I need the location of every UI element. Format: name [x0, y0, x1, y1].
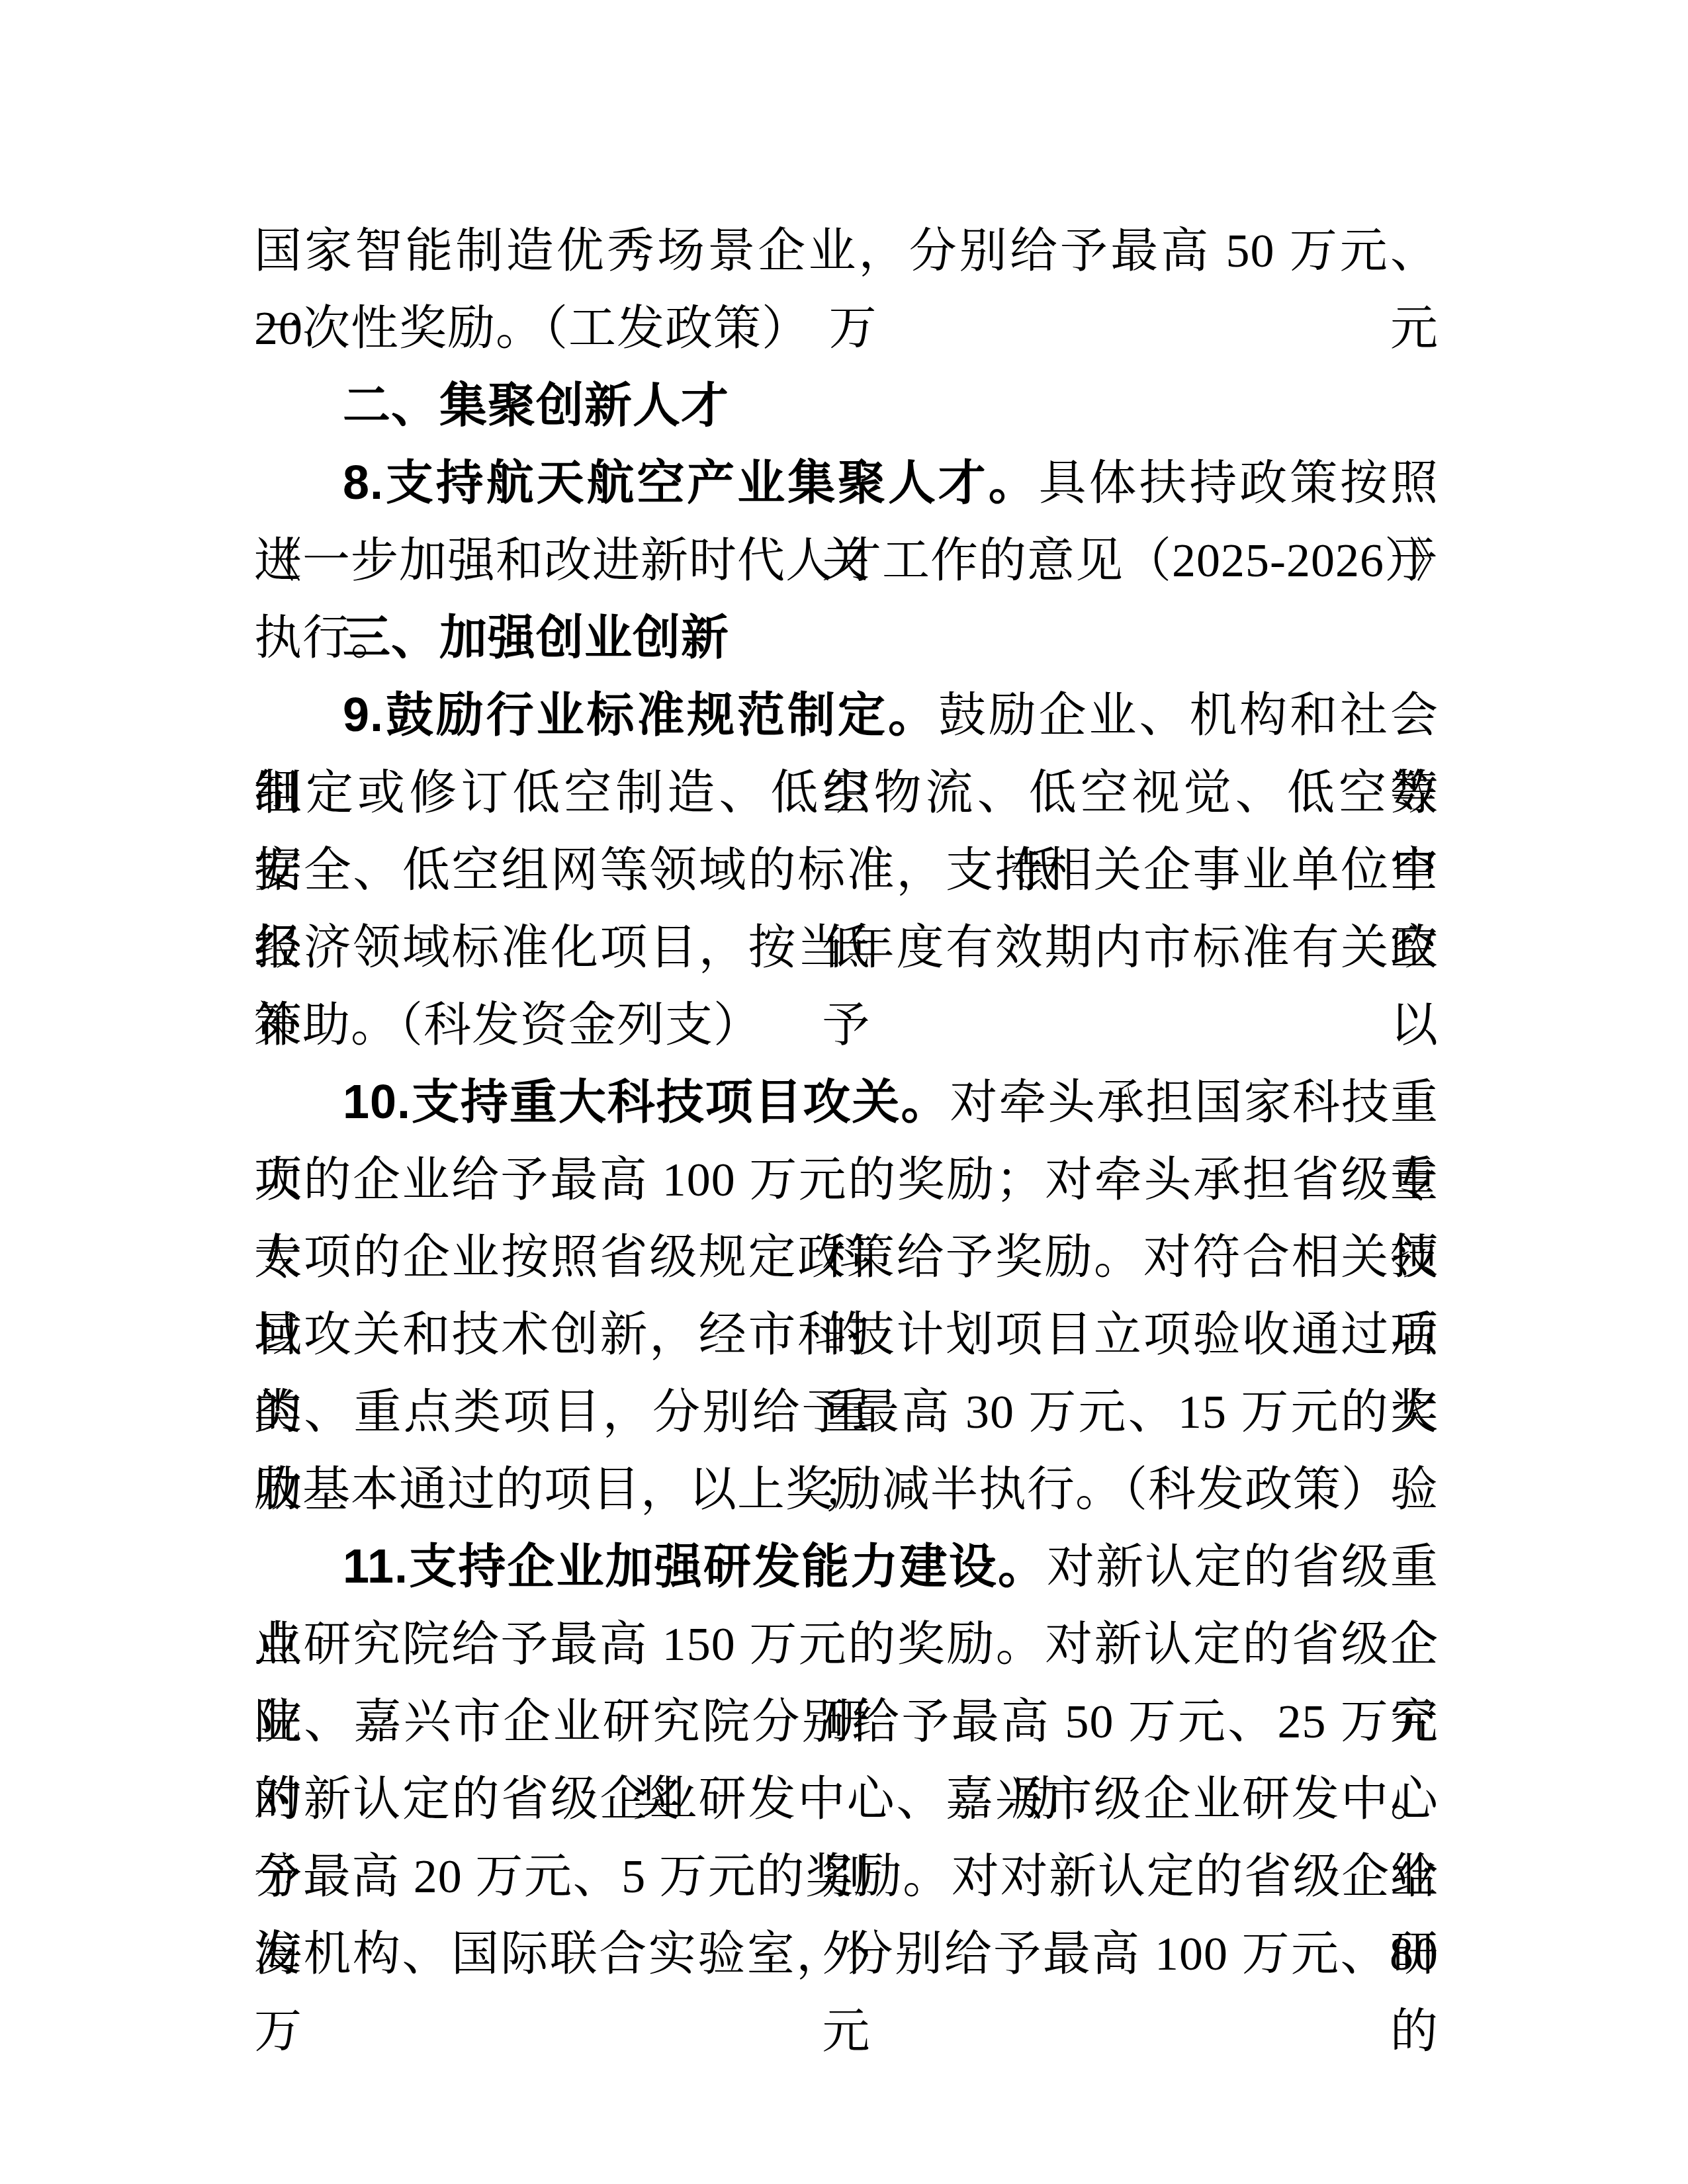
- body-text: 发机构、国际联合实验室，分别给予最高 100 万元、80 万元的: [254, 1927, 1439, 2058]
- text-line: 业研究院给予最高 150 万元的奖励。对新认定的省级企业研究: [254, 1606, 1439, 1683]
- text-line: 目攻关和技术创新，经市科技计划项目立项验收通过后的重大: [254, 1296, 1439, 1374]
- section-heading: 二、集聚创新人才: [254, 367, 1439, 445]
- bold-lead-text: 11.支持企业加强研发能力建设。: [343, 1540, 1047, 1593]
- text-line: 收基本通过的项目，以上奖励减半执行。（科发政策）: [254, 1451, 1439, 1528]
- bold-lead-text: 10.支持重大科技项目攻关。: [343, 1076, 950, 1129]
- bold-lead-text: 8.支持航天航空产业集聚人才。: [343, 457, 1039, 509]
- text-line: 发机构、国际联合实验室，分别给予最高 100 万元、80 万元的: [254, 1915, 1439, 1993]
- text-line: 10.支持重大科技项目攻关。对牵头承担国家科技重大专: [254, 1064, 1439, 1141]
- text-line: 项的企业给予最高 100 万元的奖励；对牵头承担省级重大科技: [254, 1141, 1439, 1219]
- text-line: 国家智能制造优秀场景企业，分别给予最高 50 万元、20 万元: [254, 212, 1439, 290]
- text-line: 经济领域标准化项目，按当年度有效期内市标准有关政策予以: [254, 909, 1439, 986]
- document-page: 国家智能制造优秀场景企业，分别给予最高 50 万元、20 万元 一次性奖励。（工…: [0, 0, 1688, 2184]
- bold-lead-text: 9.鼓励行业标准规范制定。: [343, 689, 938, 742]
- text-block: 国家智能制造优秀场景企业，分别给予最高 50 万元、20 万元 一次性奖励。（工…: [254, 212, 1439, 1993]
- text-line: 进一步加强和改进新时代人才工作的意见（2025-2026）》执行。: [254, 522, 1439, 599]
- body-text: 收基本通过的项目，以上奖励减半执行。（科发政策）: [254, 1463, 1390, 1516]
- text-line: 制定或修订低空制造、低空物流、低空视觉、低空数据、低空: [254, 754, 1439, 832]
- body-text: 补助。（科发资金列支）: [254, 998, 762, 1051]
- text-line: 对新认定的省级企业研发中心、嘉兴市级企业研发中心分别给: [254, 1761, 1439, 1838]
- text-line: 11.支持企业加强研发能力建设。对新认定的省级重点企: [254, 1528, 1439, 1606]
- body-text: 一次性奖励。（工发政策）: [254, 302, 810, 355]
- text-line: 专项的企业按照省级规定政策给予奖励。对符合相关领域的项: [254, 1219, 1439, 1296]
- text-line: 予最高 20 万元、5 万元的奖励。对对新认定的省级企业海外研: [254, 1838, 1439, 1915]
- text-line: 8.支持航天航空产业集聚人才。具体扶持政策按照《关于: [254, 445, 1439, 522]
- bold-lead-text: 三、加强创业创新: [343, 611, 729, 664]
- text-line: 类、重点类项目，分别给予最高 30 万元、15 万元的奖励；验: [254, 1374, 1439, 1451]
- text-line: 院、嘉兴市企业研究院分别给予最高 50 万元、25 万元的奖励。: [254, 1683, 1439, 1761]
- text-line: 安全、低空组网等领域的标准，支持相关企事业单位申报低空: [254, 832, 1439, 909]
- bold-lead-text: 二、集聚创新人才: [343, 379, 729, 432]
- text-line: 9.鼓励行业标准规范制定。鼓励企业、机构和社会组织等: [254, 677, 1439, 754]
- section-heading: 三、加强创业创新: [254, 599, 1439, 677]
